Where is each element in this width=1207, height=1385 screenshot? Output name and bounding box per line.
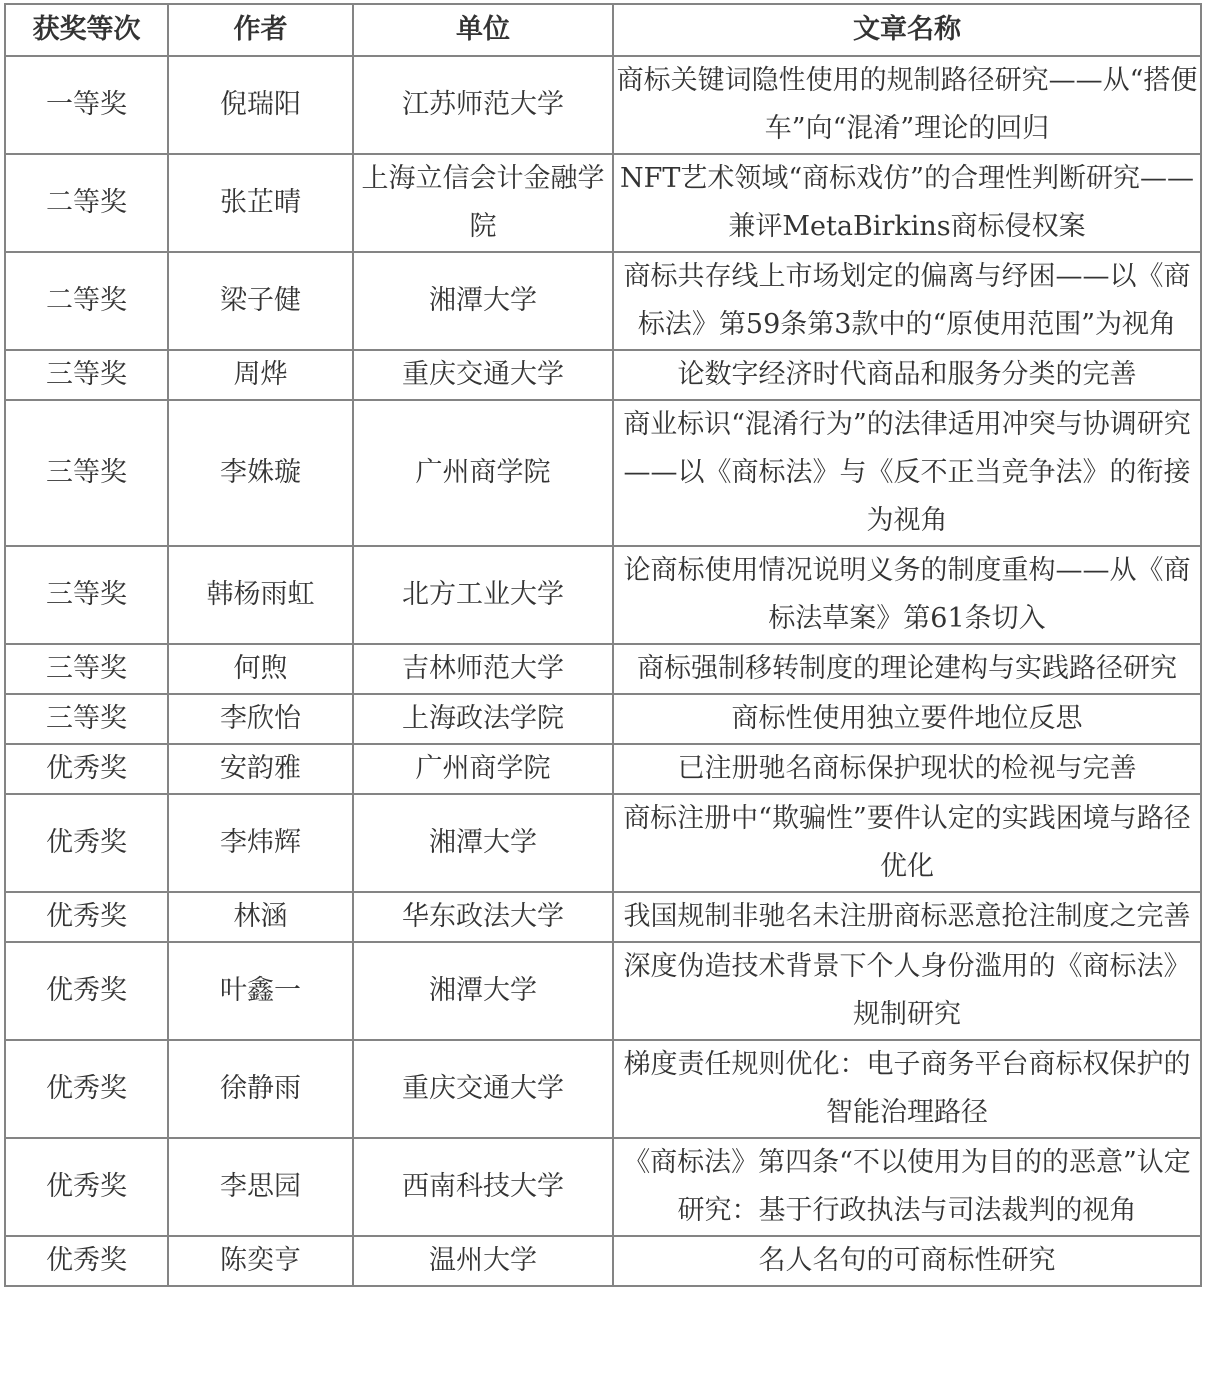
author-cell: 韩杨雨虹 xyxy=(168,546,353,644)
title-cell: 论商标使用情况说明义务的制度重构——从《商标法草案》第61条切入 xyxy=(613,546,1201,644)
institution-cell: 广州商学院 xyxy=(353,744,613,794)
author-cell: 倪瑞阳 xyxy=(168,56,353,154)
awards-table: 获奖等次 作者 单位 文章名称 一等奖倪瑞阳江苏师范大学商标关键词隐性使用的规制… xyxy=(4,3,1202,1287)
institution-cell: 广州商学院 xyxy=(353,400,613,546)
award-cell: 三等奖 xyxy=(5,644,168,694)
author-cell: 李姝璇 xyxy=(168,400,353,546)
title-cell: 《商标法》第四条“不以使用为目的的恶意”认定研究：基于行政执法与司法裁判的视角 xyxy=(613,1138,1201,1236)
table-body: 一等奖倪瑞阳江苏师范大学商标关键词隐性使用的规制路径研究——从“搭便车”向“混淆… xyxy=(5,56,1201,1286)
table-header: 获奖等次 作者 单位 文章名称 xyxy=(5,4,1201,56)
award-cell: 三等奖 xyxy=(5,694,168,744)
award-cell: 二等奖 xyxy=(5,154,168,252)
title-cell: 商标关键词隐性使用的规制路径研究——从“搭便车”向“混淆”理论的回归 xyxy=(613,56,1201,154)
author-cell: 叶鑫一 xyxy=(168,942,353,1040)
institution-cell: 吉林师范大学 xyxy=(353,644,613,694)
title-cell: 论数字经济时代商品和服务分类的完善 xyxy=(613,350,1201,400)
title-cell: 我国规制非驰名未注册商标恶意抢注制度之完善 xyxy=(613,892,1201,942)
award-cell: 优秀奖 xyxy=(5,1236,168,1286)
institution-cell: 江苏师范大学 xyxy=(353,56,613,154)
institution-cell: 重庆交通大学 xyxy=(353,1040,613,1138)
table-row: 二等奖张芷晴上海立信会计金融学院NFT艺术领域“商标戏仿”的合理性判断研究——兼… xyxy=(5,154,1201,252)
table-row: 优秀奖李思园西南科技大学《商标法》第四条“不以使用为目的的恶意”认定研究：基于行… xyxy=(5,1138,1201,1236)
award-cell: 优秀奖 xyxy=(5,744,168,794)
institution-cell: 湘潭大学 xyxy=(353,942,613,1040)
award-cell: 优秀奖 xyxy=(5,1040,168,1138)
page: 获奖等次 作者 单位 文章名称 一等奖倪瑞阳江苏师范大学商标关键词隐性使用的规制… xyxy=(0,0,1207,1385)
header-row: 获奖等次 作者 单位 文章名称 xyxy=(5,4,1201,56)
institution-cell: 湘潭大学 xyxy=(353,794,613,892)
header-title: 文章名称 xyxy=(613,4,1201,56)
title-cell: 商标强制移转制度的理论建构与实践路径研究 xyxy=(613,644,1201,694)
table-row: 二等奖梁子健湘潭大学商标共存线上市场划定的偏离与纾困——以《商标法》第59条第3… xyxy=(5,252,1201,350)
author-cell: 李思园 xyxy=(168,1138,353,1236)
title-cell: 深度伪造技术背景下个人身份滥用的《商标法》规制研究 xyxy=(613,942,1201,1040)
header-institution: 单位 xyxy=(353,4,613,56)
title-cell: NFT艺术领域“商标戏仿”的合理性判断研究——兼评MetaBirkins商标侵权… xyxy=(613,154,1201,252)
table-row: 一等奖倪瑞阳江苏师范大学商标关键词隐性使用的规制路径研究——从“搭便车”向“混淆… xyxy=(5,56,1201,154)
institution-cell: 上海政法学院 xyxy=(353,694,613,744)
institution-cell: 重庆交通大学 xyxy=(353,350,613,400)
title-cell: 梯度责任规则优化：电子商务平台商标权保护的智能治理路径 xyxy=(613,1040,1201,1138)
table-row: 三等奖韩杨雨虹北方工业大学论商标使用情况说明义务的制度重构——从《商标法草案》第… xyxy=(5,546,1201,644)
table-row: 优秀奖李炜辉湘潭大学商标注册中“欺骗性”要件认定的实践困境与路径优化 xyxy=(5,794,1201,892)
table-row: 三等奖李欣怡上海政法学院商标性使用独立要件地位反思 xyxy=(5,694,1201,744)
award-cell: 二等奖 xyxy=(5,252,168,350)
author-cell: 李欣怡 xyxy=(168,694,353,744)
institution-cell: 西南科技大学 xyxy=(353,1138,613,1236)
award-cell: 三等奖 xyxy=(5,546,168,644)
author-cell: 安韵雅 xyxy=(168,744,353,794)
table-row: 优秀奖叶鑫一湘潭大学深度伪造技术背景下个人身份滥用的《商标法》规制研究 xyxy=(5,942,1201,1040)
institution-cell: 上海立信会计金融学院 xyxy=(353,154,613,252)
title-cell: 名人名句的可商标性研究 xyxy=(613,1236,1201,1286)
author-cell: 陈奕亨 xyxy=(168,1236,353,1286)
author-cell: 周烨 xyxy=(168,350,353,400)
table-row: 优秀奖林涵华东政法大学我国规制非驰名未注册商标恶意抢注制度之完善 xyxy=(5,892,1201,942)
award-cell: 三等奖 xyxy=(5,400,168,546)
institution-cell: 北方工业大学 xyxy=(353,546,613,644)
institution-cell: 温州大学 xyxy=(353,1236,613,1286)
title-cell: 商标共存线上市场划定的偏离与纾困——以《商标法》第59条第3款中的“原使用范围”… xyxy=(613,252,1201,350)
author-cell: 李炜辉 xyxy=(168,794,353,892)
institution-cell: 湘潭大学 xyxy=(353,252,613,350)
author-cell: 张芷晴 xyxy=(168,154,353,252)
table-row: 三等奖李姝璇广州商学院商业标识“混淆行为”的法律适用冲突与协调研究——以《商标法… xyxy=(5,400,1201,546)
institution-cell: 华东政法大学 xyxy=(353,892,613,942)
author-cell: 梁子健 xyxy=(168,252,353,350)
header-award: 获奖等次 xyxy=(5,4,168,56)
table-row: 三等奖周烨重庆交通大学论数字经济时代商品和服务分类的完善 xyxy=(5,350,1201,400)
award-cell: 一等奖 xyxy=(5,56,168,154)
award-cell: 优秀奖 xyxy=(5,794,168,892)
header-author: 作者 xyxy=(168,4,353,56)
table-row: 优秀奖安韵雅广州商学院已注册驰名商标保护现状的检视与完善 xyxy=(5,744,1201,794)
author-cell: 徐静雨 xyxy=(168,1040,353,1138)
author-cell: 何煦 xyxy=(168,644,353,694)
award-cell: 优秀奖 xyxy=(5,1138,168,1236)
table-row: 优秀奖陈奕亨温州大学名人名句的可商标性研究 xyxy=(5,1236,1201,1286)
title-cell: 已注册驰名商标保护现状的检视与完善 xyxy=(613,744,1201,794)
table-row: 三等奖何煦吉林师范大学商标强制移转制度的理论建构与实践路径研究 xyxy=(5,644,1201,694)
title-cell: 商业标识“混淆行为”的法律适用冲突与协调研究——以《商标法》与《反不正当竞争法》… xyxy=(613,400,1201,546)
table-row: 优秀奖徐静雨重庆交通大学梯度责任规则优化：电子商务平台商标权保护的智能治理路径 xyxy=(5,1040,1201,1138)
award-cell: 三等奖 xyxy=(5,350,168,400)
title-cell: 商标性使用独立要件地位反思 xyxy=(613,694,1201,744)
title-cell: 商标注册中“欺骗性”要件认定的实践困境与路径优化 xyxy=(613,794,1201,892)
author-cell: 林涵 xyxy=(168,892,353,942)
award-cell: 优秀奖 xyxy=(5,942,168,1040)
award-cell: 优秀奖 xyxy=(5,892,168,942)
